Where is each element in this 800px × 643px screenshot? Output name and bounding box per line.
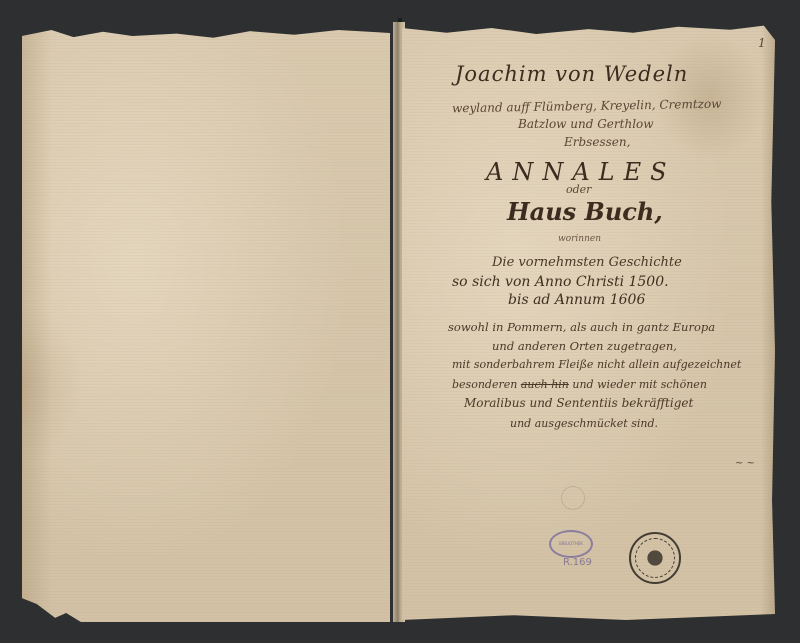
stamp-text: BIBLIOTHEK <box>559 541 583 547</box>
author-name: Joachim von Wedeln <box>455 62 688 86</box>
left-page-blank <box>22 24 390 622</box>
description-line-2: so sich von Anno Christi 1500. <box>452 274 669 290</box>
marginal-mark: ~ ~ <box>735 458 755 469</box>
description-line-9: und ausgeschmücket sind. <box>510 417 658 430</box>
description-line-1: Die vornehmsten Geschichte <box>492 255 682 270</box>
title-oder: oder <box>566 183 591 196</box>
library-oval-stamp: BIBLIOTHEK <box>549 530 593 558</box>
description-line-8: Moralibus und Sententiis bekräfftiget <box>464 396 693 410</box>
description-line-4: sowohl in Pommern, als auch in gantz Eur… <box>448 320 715 334</box>
line-7-end: und wieder mit schönen <box>572 378 707 391</box>
folio-number: 1 <box>758 36 766 50</box>
description-line-7: besonderen auch hin und wieder mit schön… <box>452 378 707 391</box>
library-seal-stamp <box>629 532 681 584</box>
author-estates-line-3: Erbsessen, <box>564 135 630 149</box>
struck-out-text: auch hin <box>521 378 569 391</box>
subtitle-worinnen: worinnen <box>558 234 601 244</box>
description-line-6: mit sonderbahrem Fleiße nicht allein auf… <box>452 358 741 371</box>
page-edge <box>761 22 775 620</box>
water-stain <box>22 304 82 464</box>
open-manuscript: 1 Joachim von Wedeln weyland auff Flümbe… <box>0 0 800 643</box>
title-annales: ANNALES <box>486 158 676 186</box>
author-estates-line-2: Batzlow und Gerthlow <box>518 117 654 131</box>
description-line-5: und anderen Orten zugetragen, <box>492 339 677 353</box>
faint-blind-stamp <box>561 486 585 510</box>
shelfmark: R.169 <box>563 557 592 568</box>
line-7-start: besonderen <box>452 378 517 391</box>
title-hausbuch: Haus Buch, <box>507 197 663 226</box>
description-line-3: bis ad Annum 1606 <box>508 292 645 308</box>
